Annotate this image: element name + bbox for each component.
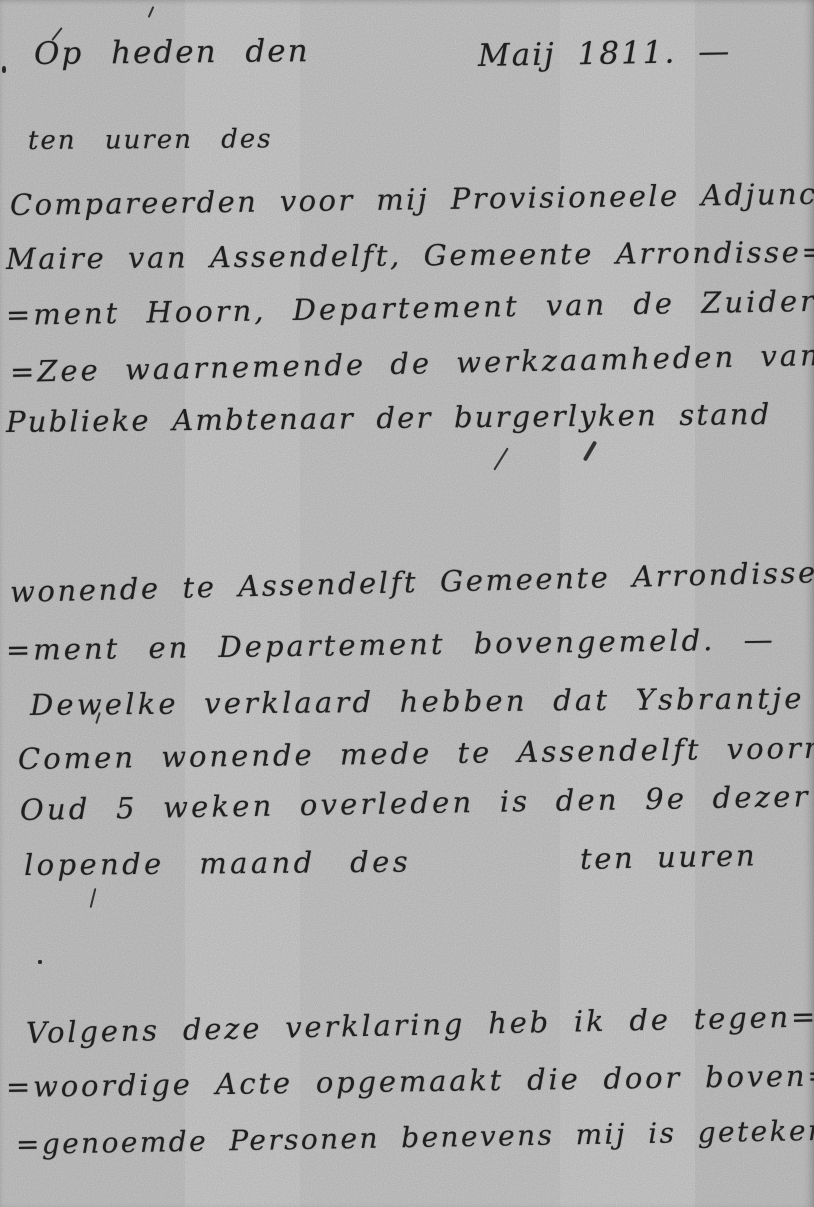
descender-stroke	[493, 447, 508, 470]
line-declaration-4a: lopende maand des	[24, 845, 411, 882]
descender-stroke	[90, 888, 97, 908]
line-appearance-1: Compareerden voor mij Provisioneele Adju…	[10, 177, 814, 222]
descender-stroke	[583, 440, 597, 461]
line-time-of-day: ten uuren des	[28, 124, 273, 156]
line-closing-3: =genoemde Personen benevens mij is getek…	[16, 1113, 814, 1161]
ink-flourish-mark	[148, 6, 155, 18]
line-declaration-4b: ten uuren	[580, 838, 758, 876]
line-appearance-2: Maire van Assendelft, Gemeente Arrondiss…	[6, 235, 814, 276]
line-appearance-3: =ment Hoorn, Departement van de Zuider=	[6, 283, 814, 332]
line-appearance-5: Publieke Ambtenaar der burgerlyken stand	[6, 397, 772, 439]
manuscript-page: Op heden den Maij 1811. — ten uuren des …	[0, 0, 814, 1207]
line-appearance-4: =Zee waarnemende de werkzaamheden van	[10, 338, 814, 389]
ink-speck	[2, 66, 6, 73]
line-residence-2: =ment en Departement bovengemeld. —	[6, 622, 776, 667]
line-date-value: Maij 1811. —	[478, 34, 732, 74]
line-closing-1: Volgens deze verklaring heb ik de tegen=	[26, 999, 814, 1050]
line-declaration-2: Comen wonende mede te Assendelft voornd.	[18, 730, 814, 776]
line-declaration-1: Dewelke verklaard hebben dat Ysbrantje	[30, 681, 805, 722]
line-date-prefix: Op heden den	[34, 33, 310, 72]
line-closing-2: =woordige Acte opgemaakt die door boven=	[6, 1058, 814, 1104]
line-residence-1: wonende te Assendelft Gemeente Arrondiss…	[10, 555, 814, 609]
ink-speck	[38, 960, 42, 964]
line-declaration-3: Oud 5 weken overleden is den 9e dezer	[20, 779, 811, 827]
